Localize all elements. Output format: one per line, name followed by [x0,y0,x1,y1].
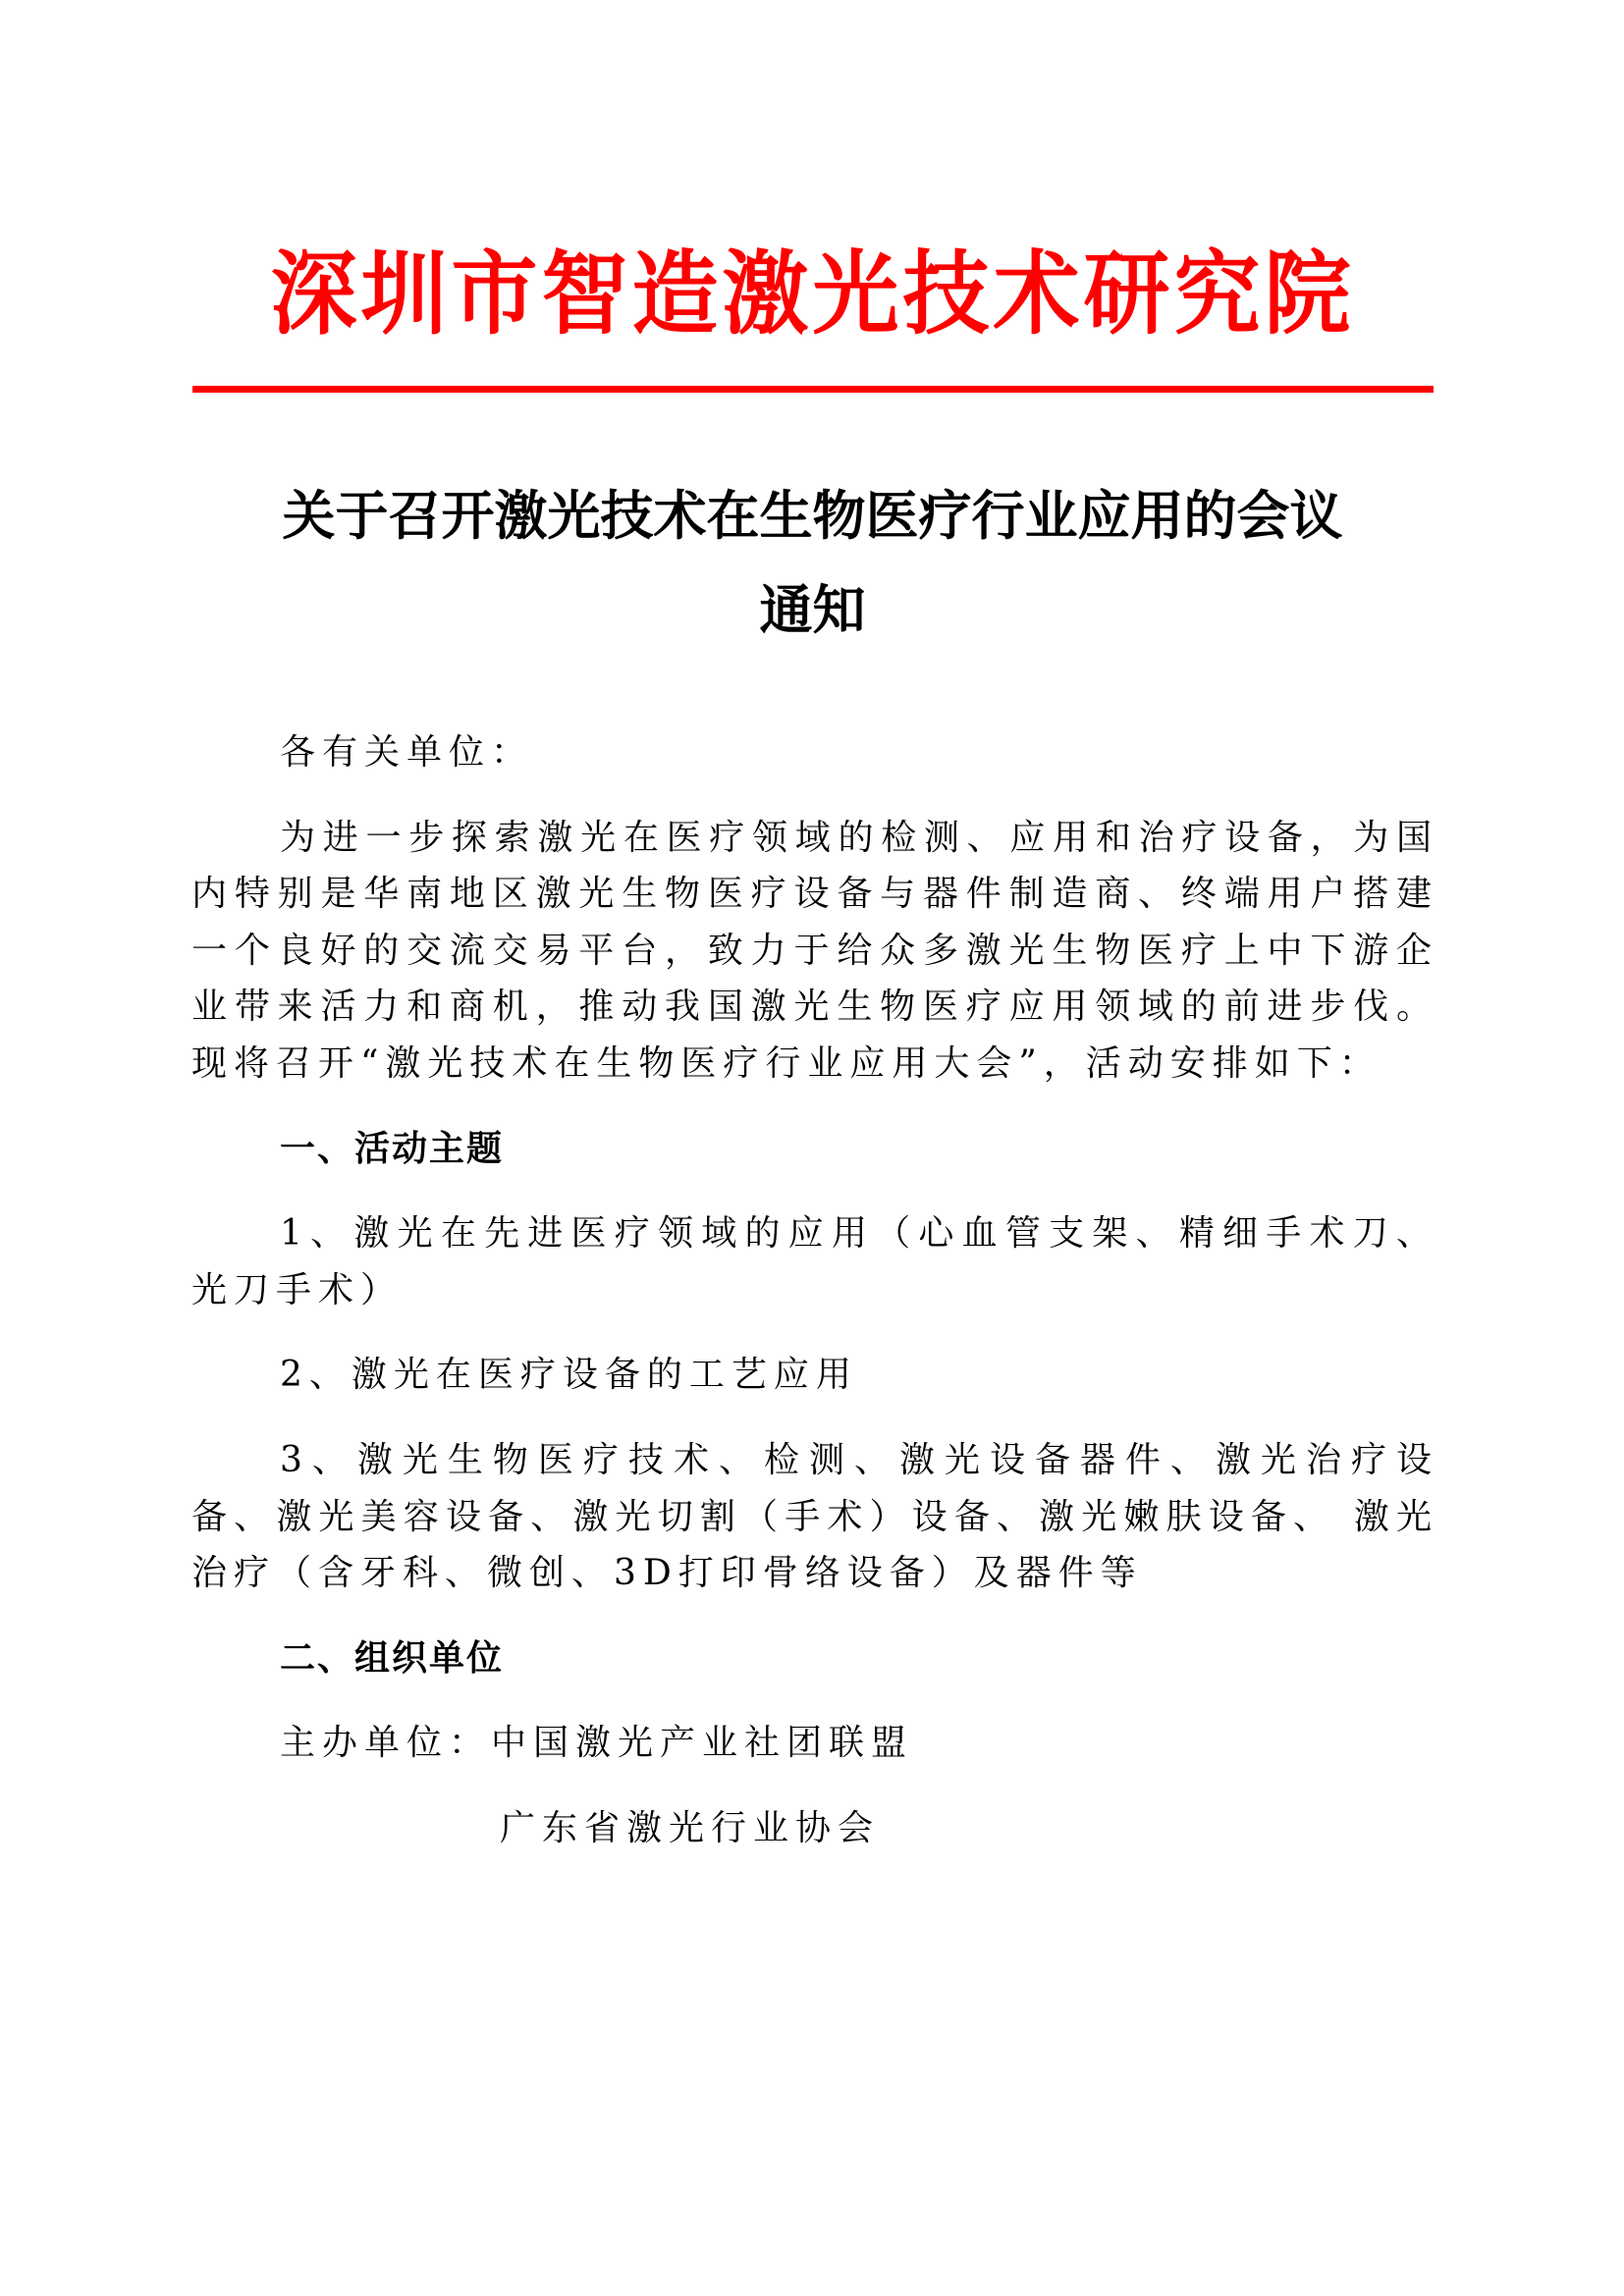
intro-paragraph: 为进一步探索激光在医疗领域的检测、应用和治疗设备，为国内特别是华南地区激光生物医… [191,810,1438,1093]
letterhead-red-rule [192,386,1434,393]
document-title: 关于召开激光技术在生物医疗行业应用的会议 通知 [191,469,1434,658]
document-body: 各有关单位： 为进一步探索激光在医疗领域的检测、应用和治疗设备，为国内特别是华南… [191,724,1438,1857]
organizer-host-line-continued: 广东省激光行业协会 [191,1800,1438,1857]
salutation: 各有关单位： [191,724,1438,781]
section-heading-theme: 一、活动主题 [191,1121,1438,1178]
document-title-line-1: 关于召开激光技术在生物医疗行业应用的会议 [191,469,1434,563]
theme-item-2: 2、激光在医疗设备的工艺应用 [191,1347,1438,1404]
theme-item-3: 3、激光生物医疗技术、检测、激光设备器件、激光治疗设备、激光美容设备、激光切割（… [191,1432,1438,1602]
organizer-host-line: 主办单位：中国激光产业社团联盟 [191,1715,1438,1772]
section-heading-organizers: 二、组织单位 [191,1630,1438,1687]
letterhead-organization-title: 深圳市智造激光技术研究院 [191,233,1434,356]
document-page: 深圳市智造激光技术研究院 关于召开激光技术在生物医疗行业应用的会议 通知 各有关… [0,0,1624,2296]
document-title-line-2: 通知 [191,563,1434,658]
theme-item-1: 1、激光在先进医疗领域的应用（心血管支架、精细手术刀、光刀手术） [191,1205,1438,1318]
